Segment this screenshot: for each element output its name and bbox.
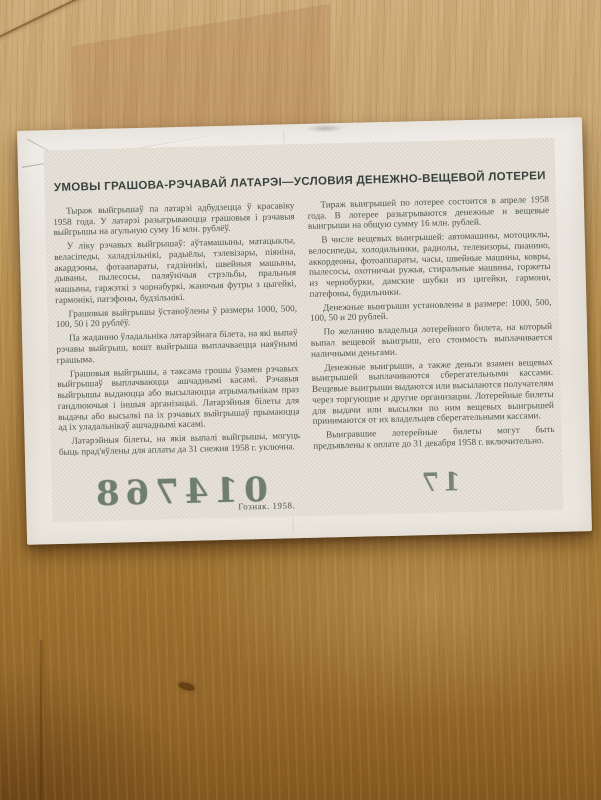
paragraph-ru-6: Выигравшие лотерейные билеты могут быть … [313,424,555,451]
ticket-title: УМОВЫ ГРАШОВА-РЭЧАВАЙ ЛАТАРЭІ—УСЛОВИЯ ДЕ… [48,170,551,196]
wood-knot [177,681,195,692]
paragraph-ru-1: Тираж выигрышей по лотерее состоится в а… [307,194,549,232]
printed-panel: УМОВЫ ГРАШОВА-РЭЧАВАЙ ЛАТАРЭІ—УСЛОВИЯ ДЕ… [44,138,564,522]
paragraph-be-5: Грашовыя выйгрышы, а таксама грошы ўзаме… [57,363,300,433]
wood-plank-patch [72,0,330,128]
paragraph-be-1: Тыраж выйгрышаў па латарэі адбудзецца ў … [53,200,295,238]
paragraph-be-2: У ліку рэчавых выйгрышаў: аўтамашыны, ма… [54,235,297,305]
series-number-mirrored: 17 [418,469,461,495]
paragraph-be-4: Па жаданню ўладальніка латарэйнага білет… [56,327,298,365]
paragraph-be-6: Латарэйныя білеты, на якія выпалі выйгры… [58,430,300,457]
wood-plank-gap-top-left [0,0,85,40]
paragraph-be-3: Грашовыя выйгрышы ўстаноўлены ў размеры … [55,303,297,330]
column-russian: Тираж выигрышей по лотерее состоится в а… [307,194,555,455]
column-belarusian: Тыраж выйгрышаў па латарэі адбудзецца ў … [53,200,301,461]
photo-scene: УМОВЫ ГРАШОВА-РЭЧАВАЙ ЛАТАРЭІ—УСЛОВИЯ ДЕ… [0,0,601,800]
paragraph-ru-3: Денежные выигрыши установлены в размере:… [310,297,552,324]
paragraph-ru-4: По желанию владельца лотерейного билета,… [310,321,552,359]
paragraph-ru-5: Денежные выигрыши, а также деньги взамен… [311,356,554,426]
lottery-ticket-back: УМОВЫ ГРАШОВА-РЭЧАВАЙ ЛАТАРЭІ—УСЛОВИЯ ДЕ… [17,117,592,545]
printer-imprint: Гознак. 1958. [238,500,295,511]
conditions-columns: Тыраж выйгрышаў па латарэі адбудзецца ў … [45,194,562,461]
paragraph-ru-2: В числе вещевых выигрышей: автомашины, м… [308,229,551,299]
wood-plank-gap-bottom-left [40,640,42,800]
paper-smudge [305,124,345,133]
